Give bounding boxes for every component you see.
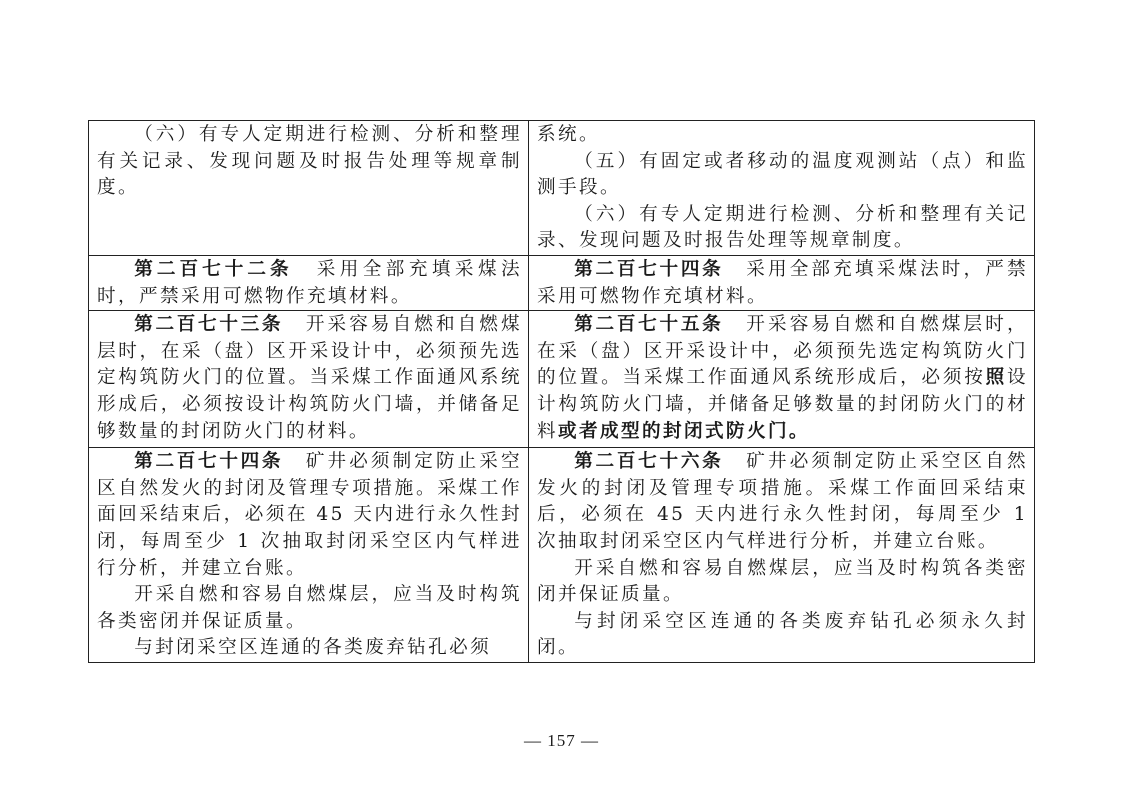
new-text-cell: 第二百七十六条矿井必须制定防止采空区自然发火的封闭及管理专项措施。采煤工作面回采…	[529, 448, 1035, 663]
paragraph: 与封闭采空区连通的各类废弃钻孔必须永久封闭。	[537, 609, 1028, 662]
paragraph: 第二百七十四条矿井必须制定防止采空区自然发火的封闭及管理专项措施。采煤工作面回采…	[97, 449, 522, 582]
paragraph: 第二百七十四条采用全部充填采煤法时，严禁采用可燃物作充填材料。	[537, 257, 1028, 310]
article-number: 第二百七十四条	[574, 259, 723, 280]
paragraph: （六）有专人定期进行检测、分析和整理有关记录、发现问题及时报告处理等规章制度。	[97, 122, 522, 202]
old-text-cell: 第二百七十二条采用全部充填采煤法时，严禁采用可燃物作充填材料。	[89, 255, 529, 310]
paragraph: 系统。	[537, 122, 1028, 149]
paragraph: 开采自燃和容易自燃煤层，应当及时构筑各类密闭并保证质量。	[97, 582, 522, 635]
new-text-cell: 系统。 （五）有固定或者移动的温度观测站（点）和监测手段。 （六）有专人定期进行…	[529, 121, 1035, 256]
added-text-highlight: 照	[986, 367, 1007, 388]
old-text-cell: 第二百七十四条矿井必须制定防止采空区自然发火的封闭及管理专项措施。采煤工作面回采…	[89, 448, 529, 663]
paragraph: 开采自燃和容易自燃煤层，应当及时构筑各类密闭并保证质量。	[537, 556, 1028, 609]
old-text-cell: 第二百七十三条开采容易自燃和自燃煤层时，在采（盘）区开采设计中，必须预先选定构筑…	[89, 311, 529, 448]
added-text-highlight: 或者成型的封闭式防火门。	[558, 421, 810, 442]
table-row: 第二百七十二条采用全部充填采煤法时，严禁采用可燃物作充填材料。 第二百七十四条采…	[89, 255, 1035, 310]
paragraph: 第二百七十六条矿井必须制定防止采空区自然发火的封闭及管理专项措施。采煤工作面回采…	[537, 449, 1028, 555]
page-number: — 157 —	[0, 731, 1123, 751]
article-number: 第二百七十五条	[574, 314, 723, 335]
article-number: 第二百七十二条	[134, 259, 292, 280]
comparison-table: （六）有专人定期进行检测、分析和整理有关记录、发现问题及时报告处理等规章制度。 …	[88, 120, 1035, 663]
new-text-cell: 第二百七十五条开采容易自燃和自燃煤层时，在采（盘）区开采设计中，必须预先选定构筑…	[529, 311, 1035, 448]
article-number: 第二百七十六条	[574, 451, 723, 472]
paragraph: （五）有固定或者移动的温度观测站（点）和监测手段。	[537, 149, 1028, 202]
paragraph: 第二百七十二条采用全部充填采煤法时，严禁采用可燃物作充填材料。	[97, 257, 522, 310]
paragraph: （六）有专人定期进行检测、分析和整理有关记录、发现问题及时报告处理等规章制度。	[537, 202, 1028, 255]
article-number: 第二百七十四条	[134, 451, 283, 472]
paragraph: 第二百七十三条开采容易自燃和自燃煤层时，在采（盘）区开采设计中，必须预先选定构筑…	[97, 312, 522, 445]
table-row: 第二百七十三条开采容易自燃和自燃煤层时，在采（盘）区开采设计中，必须预先选定构筑…	[89, 311, 1035, 448]
table-row: 第二百七十四条矿井必须制定防止采空区自然发火的封闭及管理专项措施。采煤工作面回采…	[89, 448, 1035, 663]
paragraph: 与封闭采空区连通的各类废弃钻孔必须	[97, 635, 522, 662]
old-text-cell: （六）有专人定期进行检测、分析和整理有关记录、发现问题及时报告处理等规章制度。	[89, 121, 529, 256]
article-number: 第二百七十三条	[134, 314, 283, 335]
paragraph: 第二百七十五条开采容易自燃和自燃煤层时，在采（盘）区开采设计中，必须预先选定构筑…	[537, 312, 1028, 445]
table-row: （六）有专人定期进行检测、分析和整理有关记录、发现问题及时报告处理等规章制度。 …	[89, 121, 1035, 256]
new-text-cell: 第二百七十四条采用全部充填采煤法时，严禁采用可燃物作充填材料。	[529, 255, 1035, 310]
